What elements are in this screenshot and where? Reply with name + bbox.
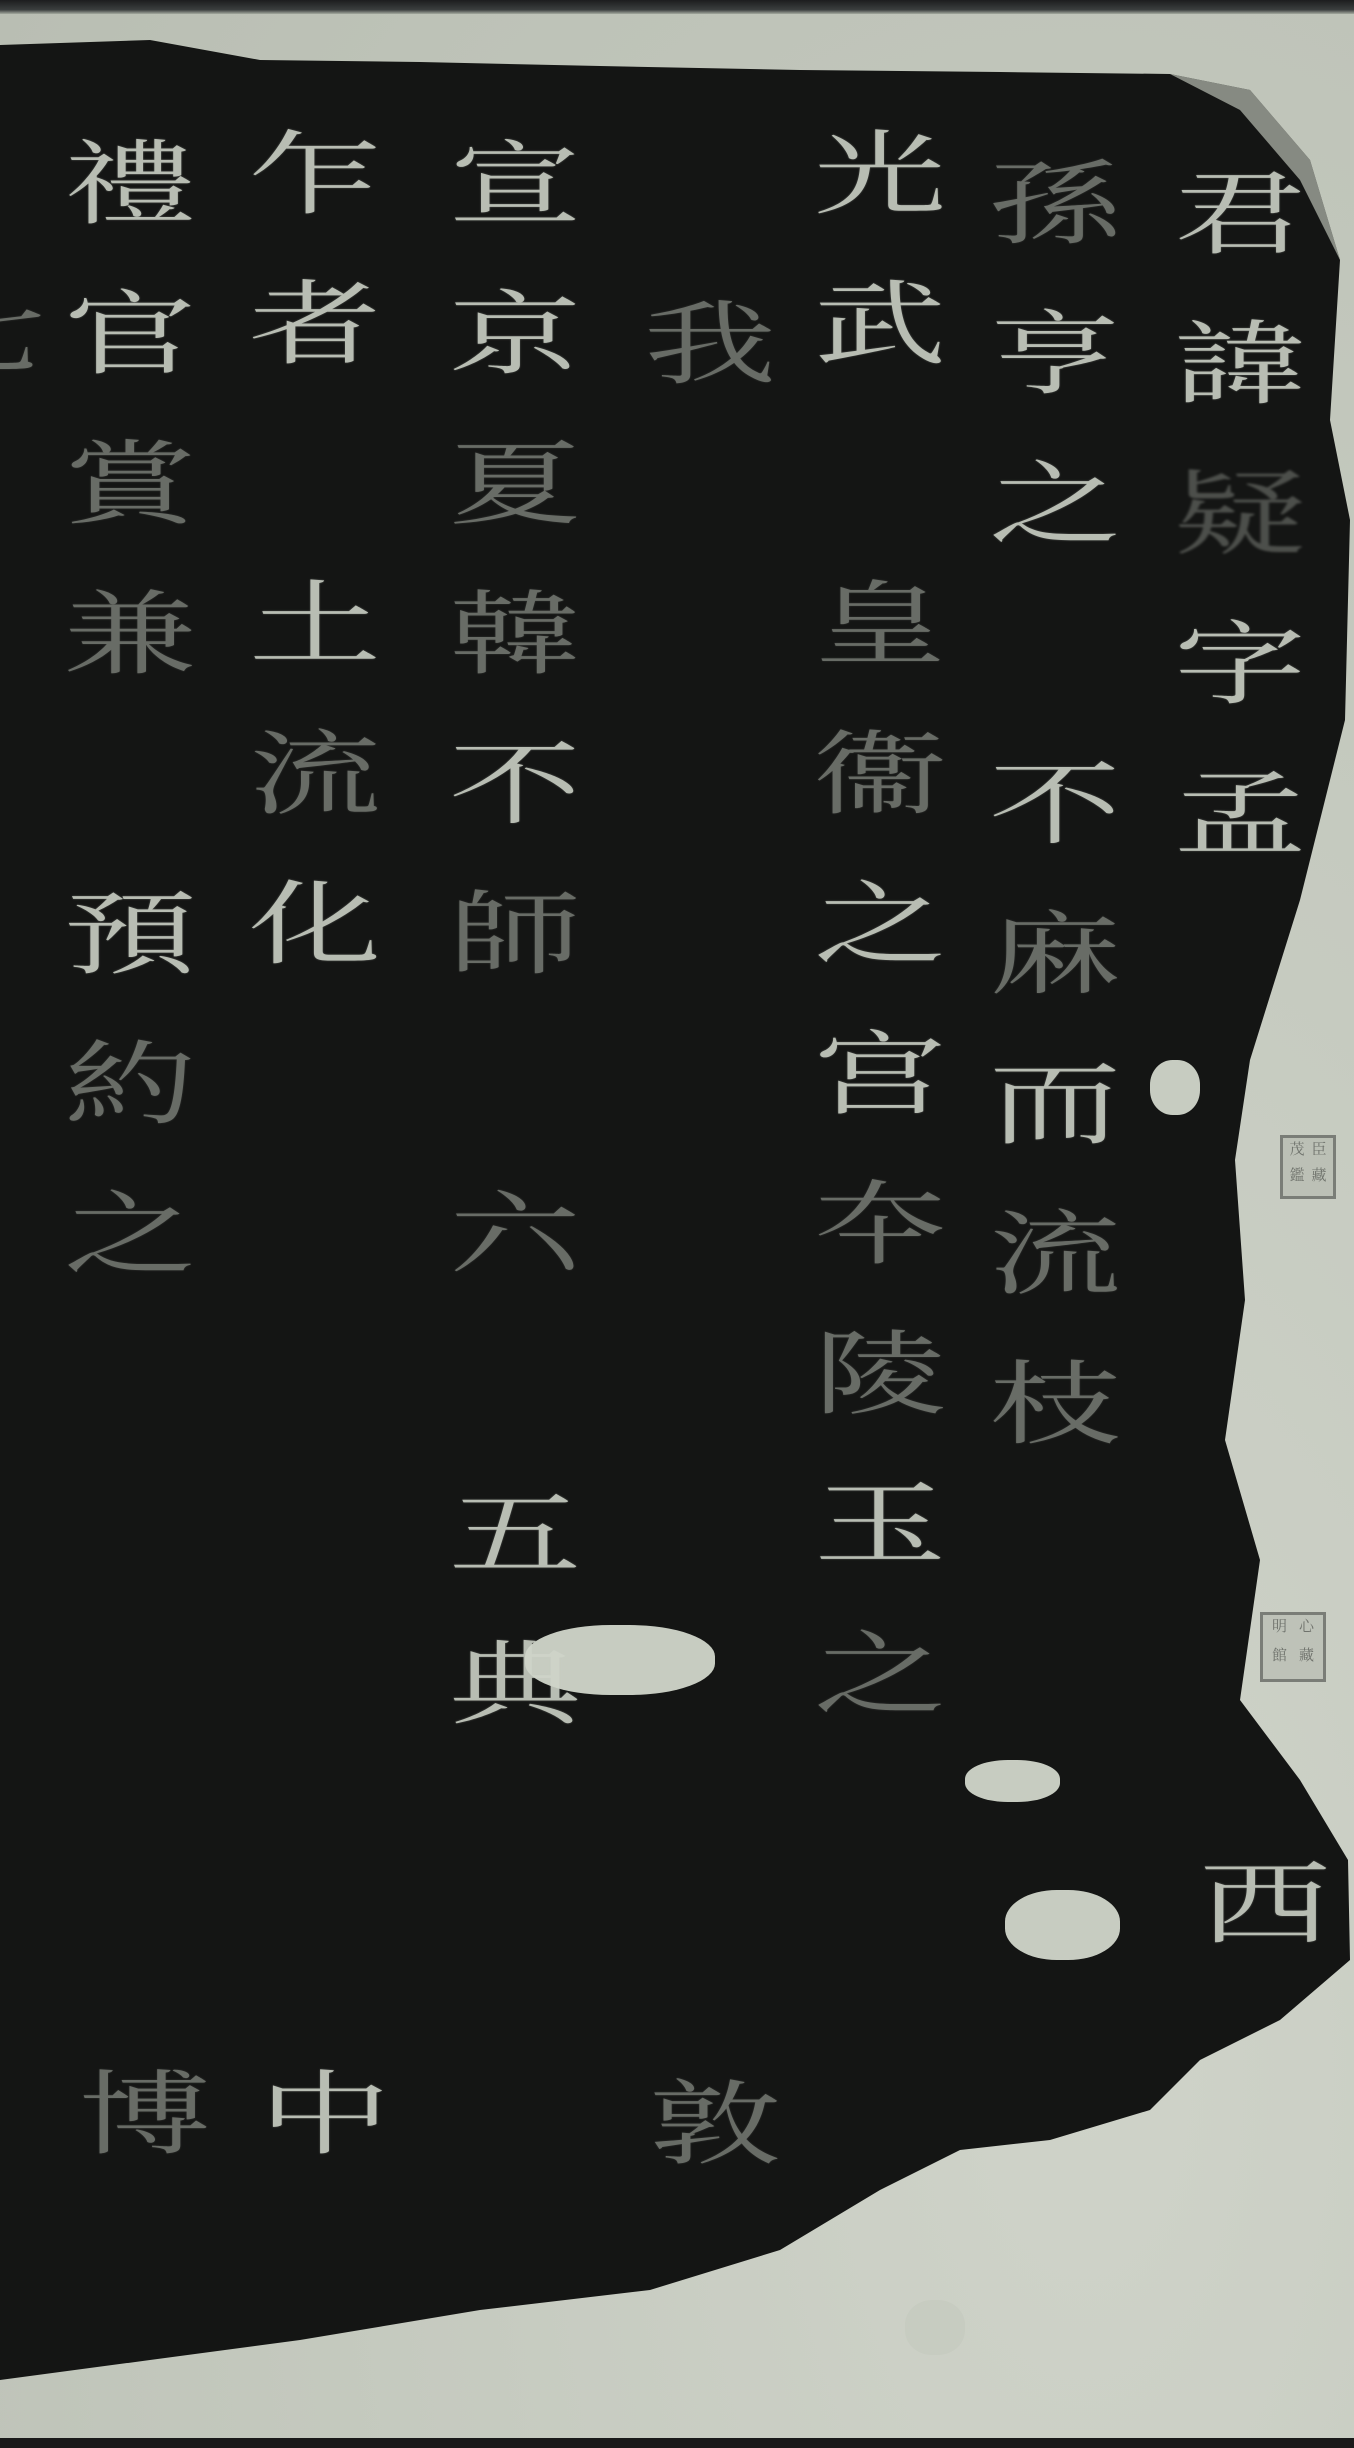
character: 不	[427, 724, 604, 847]
character: 化	[227, 864, 404, 987]
inscription-column-2: 孫 亨 之 不 麻 而 流 枝	[980, 130, 1130, 1480]
character: 之	[42, 1174, 219, 1297]
character: 夏	[427, 424, 604, 547]
inscription-column-5: 宣 京 夏 韓 不 師 六 五 典	[440, 110, 590, 1760]
character: 七	[0, 274, 69, 397]
character: 孟	[1152, 754, 1329, 877]
character: 六	[427, 1174, 604, 1297]
character: 宫	[792, 1014, 969, 1137]
character: 君	[1152, 154, 1329, 277]
character: 預	[42, 874, 219, 997]
character: 典	[427, 1624, 604, 1747]
character: 之	[792, 1614, 969, 1737]
character: 皇	[792, 564, 969, 687]
character: 字	[1152, 604, 1329, 727]
character	[227, 414, 404, 537]
character: 流	[227, 714, 404, 837]
character: 陵	[792, 1314, 969, 1437]
character: 師	[427, 874, 604, 997]
character	[792, 414, 969, 537]
collector-seal-lower: 明 心 館 藏	[1260, 1612, 1326, 1682]
inscription-column-3: 光 武 皇 衞 之 宫 夲 陵 玉 之	[805, 100, 955, 1750]
character	[427, 1024, 604, 1147]
character: 宣	[427, 124, 604, 247]
character: 韓	[427, 574, 604, 697]
character	[427, 1324, 604, 1447]
collector-seal-upper: 茂 臣 鑑 藏	[1280, 1135, 1336, 1199]
character: 之	[792, 864, 969, 987]
character: 我	[622, 284, 799, 407]
stone-damage-spot	[905, 2300, 965, 2355]
inscription-column-8: 七	[0, 260, 55, 410]
character: 不	[967, 744, 1144, 867]
character: 博	[57, 2054, 234, 2177]
character: 五	[427, 1474, 604, 1597]
character: 夲	[792, 1164, 969, 1287]
character: 光	[792, 114, 969, 237]
character: 賞	[42, 424, 219, 547]
inscription-column-4: 我	[635, 270, 785, 420]
inscription-column-6: 乍 者 土 流 化	[240, 100, 390, 1000]
character: 孫	[967, 144, 1144, 267]
stone-damage-spot	[965, 1760, 1060, 1802]
inscription-column-7: 禮 官 賞 兼 預 約 之	[55, 110, 205, 1310]
character: 衞	[792, 714, 969, 837]
character: 乍	[227, 114, 404, 237]
inscription-column-1-tail: 西	[1190, 1830, 1340, 1980]
inscription-column-6-tail: 中	[250, 2040, 400, 2190]
character: 土	[227, 564, 404, 687]
character	[42, 724, 219, 847]
character: 疑	[1152, 454, 1329, 577]
character: 玉	[792, 1464, 969, 1587]
character: 麻	[967, 894, 1144, 1017]
character: 流	[967, 1194, 1144, 1317]
character: 武	[792, 264, 969, 387]
character: 兼	[42, 574, 219, 697]
photo-bottom-edge	[0, 2438, 1354, 2448]
character: 之	[967, 444, 1144, 567]
inscription-column-7-tail: 博	[70, 2040, 220, 2190]
character: 敦	[627, 2064, 804, 2187]
character: 者	[227, 264, 404, 387]
inscription-column-4-tail: 敦	[640, 2050, 790, 2200]
character: 而	[967, 1044, 1144, 1167]
character: 枝	[967, 1344, 1144, 1467]
stone-damage-spot	[1005, 1890, 1120, 1960]
character: 中	[237, 2054, 414, 2177]
character: 西	[1177, 1844, 1354, 1967]
character: 京	[427, 274, 604, 397]
character: 約	[42, 1024, 219, 1147]
character: 亨	[967, 294, 1144, 417]
character: 禮	[42, 124, 219, 247]
character: 諱	[1152, 304, 1329, 427]
inscription-column-1: 君 諱 疑 字 孟	[1165, 140, 1315, 890]
stone-damage-spot	[1150, 1060, 1200, 1115]
character	[967, 594, 1144, 717]
